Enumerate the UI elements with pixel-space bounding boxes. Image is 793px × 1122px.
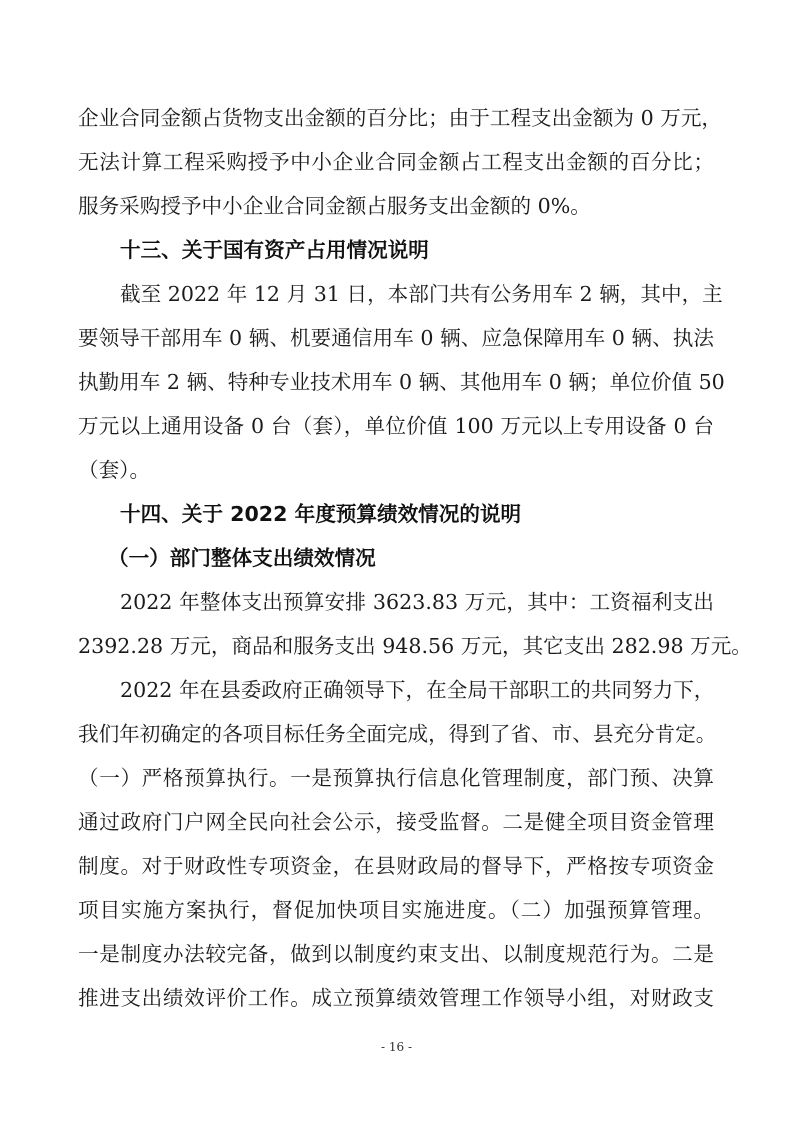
body-text-line: 要领导干部用车 0 辆、机要通信用车 0 辆、应急保障用车 0 辆、执法 bbox=[78, 323, 714, 353]
body-text-line: 2392.28 万元，商品和服务支出 948.56 万元，其它支出 282.98… bbox=[78, 631, 714, 661]
body-text-line: 一是制度办法较完备，做到以制度约束支出、以制度规范行为。二是 bbox=[78, 939, 714, 969]
body-text-line: 项目实施方案执行，督促加快项目实施进度。（二）加强预算管理。 bbox=[78, 895, 714, 925]
body-text-line: 万元以上通用设备 0 台（套），单位价值 100 万元以上专用设备 0 台 bbox=[78, 411, 714, 441]
body-text-line: （一）严格预算执行。一是预算执行信息化管理制度，部门预、决算 bbox=[78, 763, 714, 793]
body-text-line: （套）。 bbox=[78, 455, 714, 485]
document-page: 企业合同金额占货物支出金额的百分比；由于工程支出金额为 0 万元， 无法计算工程… bbox=[0, 0, 793, 1122]
body-text-line: 截至 2022 年 12 月 31 日，本部门共有公务用车 2 辆，其中，主 bbox=[120, 279, 714, 309]
body-text-line: 推进支出绩效评价工作。成立预算绩效管理工作领导小组，对财政支 bbox=[78, 983, 714, 1013]
section-heading-13: 十三、关于国有资产占用情况说明 bbox=[120, 235, 429, 265]
body-text-line: 执勤用车 2 辆、特种专业技术用车 0 辆、其他用车 0 辆；单位价值 50 bbox=[78, 367, 714, 397]
body-text-line: 2022 年在县委政府正确领导下，在全局干部职工的共同努力下， bbox=[120, 675, 714, 705]
body-text-line: 2022 年整体支出预算安排 3623.83 万元，其中：工资福利支出 bbox=[120, 587, 714, 617]
body-text-line: 通过政府门户网全民向社会公示，接受监督。二是健全项目资金管理 bbox=[78, 807, 714, 837]
body-text-line: 企业合同金额占货物支出金额的百分比；由于工程支出金额为 0 万元， bbox=[78, 103, 714, 133]
body-text-line: 制度。对于财政性专项资金，在县财政局的督导下，严格按专项资金 bbox=[78, 851, 714, 881]
page-number: - 16 - bbox=[0, 1040, 793, 1054]
subsection-heading: （一）部门整体支出绩效情况 bbox=[108, 543, 376, 573]
body-text-line: 我们年初确定的各项目标任务全面完成，得到了省、市、县充分肯定。 bbox=[78, 719, 714, 749]
body-text-line: 服务采购授予中小企业合同金额占服务支出金额的 0%。 bbox=[78, 191, 714, 221]
body-text-line: 无法计算工程采购授予中小企业合同金额占工程支出金额的百分比； bbox=[78, 147, 714, 177]
section-heading-14: 十四、关于 2022 年度预算绩效情况的说明 bbox=[120, 499, 521, 529]
